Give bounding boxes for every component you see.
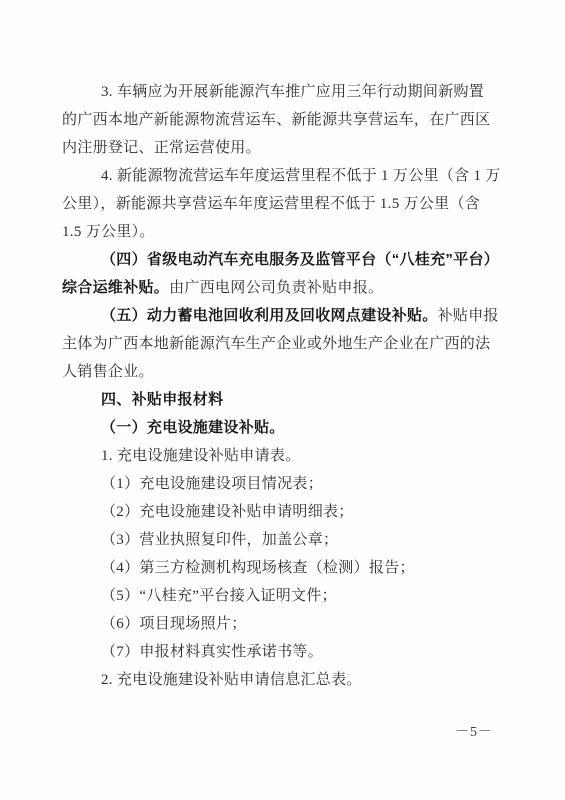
body-segment: （7）申报材料真实性承诺书等。 [101,644,323,660]
text-line: （四）省级电动汽车充电服务及监管平台（“八桂充”平台） [62,246,498,274]
text-line: （3）营业执照复印件，加盖公章； [62,526,498,554]
text-line: 1. 充电设施建设补贴申请表。 [62,442,498,470]
body-segment: 内注册登记、正常运营使用。 [62,140,261,156]
text-line: （7）申报材料真实性承诺书等。 [62,638,498,666]
body-segment: 4. 新能源物流营运车年度运营里程不低于 1 万公里（含 1 万 [101,168,501,184]
heading-segment: （四）省级电动汽车充电服务及监管平台（“八桂充”平台） [101,251,499,268]
text-line: 主体为广西本地新能源汽车生产企业或外地生产企业在广西的法 [62,330,498,358]
body-segment: 2. 充电设施建设补贴申请信息汇总表。 [101,672,362,688]
body-segment: 3. 车辆应为开展新能源汽车推广应用三年行动期间新购置 [101,84,484,100]
heading-segment: （五）动力蓄电池回收利用及回收网点建设补贴。 [101,307,438,324]
document-body: 3. 车辆应为开展新能源汽车推广应用三年行动期间新购置的广西本地产新能源物流营运… [62,78,498,694]
text-line: 2. 充电设施建设补贴申请信息汇总表。 [62,666,498,694]
body-segment: 补贴申报 [438,308,499,324]
body-segment: （1）充电设施建设项目情况表； [101,476,323,492]
body-segment: （2）充电设施建设补贴申请明细表； [101,504,354,520]
body-segment: （4）第三方检测机构现场核查（检测）报告； [101,560,415,576]
text-line: 综合运维补贴。由广西电网公司负责补贴申报。 [62,274,498,302]
heading-segment: 四、补贴申报材料 [101,391,223,408]
page-number: －5－ [455,724,493,742]
body-segment: （6）项目现场照片； [101,616,247,632]
body-segment: 主体为广西本地新能源汽车生产企业或外地生产企业在广西的法 [62,336,490,352]
body-segment: （3）营业执照复印件，加盖公章； [101,532,338,548]
body-segment: 1.5 万公里）。 [62,224,155,240]
text-line: （1）充电设施建设项目情况表； [62,470,498,498]
body-segment: 由广西电网公司负责补贴申报。 [169,280,383,296]
text-line: 内注册登记、正常运营使用。 [62,134,498,162]
heading-segment: 综合运维补贴。 [62,279,169,296]
text-line: 四、补贴申报材料 [62,386,498,414]
text-line: （2）充电设施建设补贴申请明细表； [62,498,498,526]
text-line: （4）第三方检测机构现场核查（检测）报告； [62,554,498,582]
heading-segment: （一）充电设施建设补贴。 [101,419,285,436]
text-line: （一）充电设施建设补贴。 [62,414,498,442]
text-line: （6）项目现场照片； [62,610,498,638]
text-line: 4. 新能源物流营运车年度运营里程不低于 1 万公里（含 1 万 [62,162,498,190]
text-line: 公里），新能源共享营运车年度运营里程不低于 1.5 万公里（含 [62,190,498,218]
body-segment: （5）“八桂充”平台接入证明文件； [101,588,337,604]
body-segment: 1. 充电设施建设补贴申请表。 [101,448,301,464]
text-line: 人销售企业。 [62,358,498,386]
text-line: （五）动力蓄电池回收利用及回收网点建设补贴。补贴申报 [62,302,498,330]
body-segment: 公里），新能源共享营运车年度运营里程不低于 1.5 万公里（含 [62,196,480,212]
body-segment: 的广西本地产新能源物流营运车、新能源共享营运车，在广西区 [62,112,490,128]
page: 3. 车辆应为开展新能源汽车推广应用三年行动期间新购置的广西本地产新能源物流营运… [0,0,565,800]
text-line: （5）“八桂充”平台接入证明文件； [62,582,498,610]
text-line: 的广西本地产新能源物流营运车、新能源共享营运车，在广西区 [62,106,498,134]
body-segment: 人销售企业。 [62,364,154,380]
text-line: 1.5 万公里）。 [62,218,498,246]
text-line: 3. 车辆应为开展新能源汽车推广应用三年行动期间新购置 [62,78,498,106]
